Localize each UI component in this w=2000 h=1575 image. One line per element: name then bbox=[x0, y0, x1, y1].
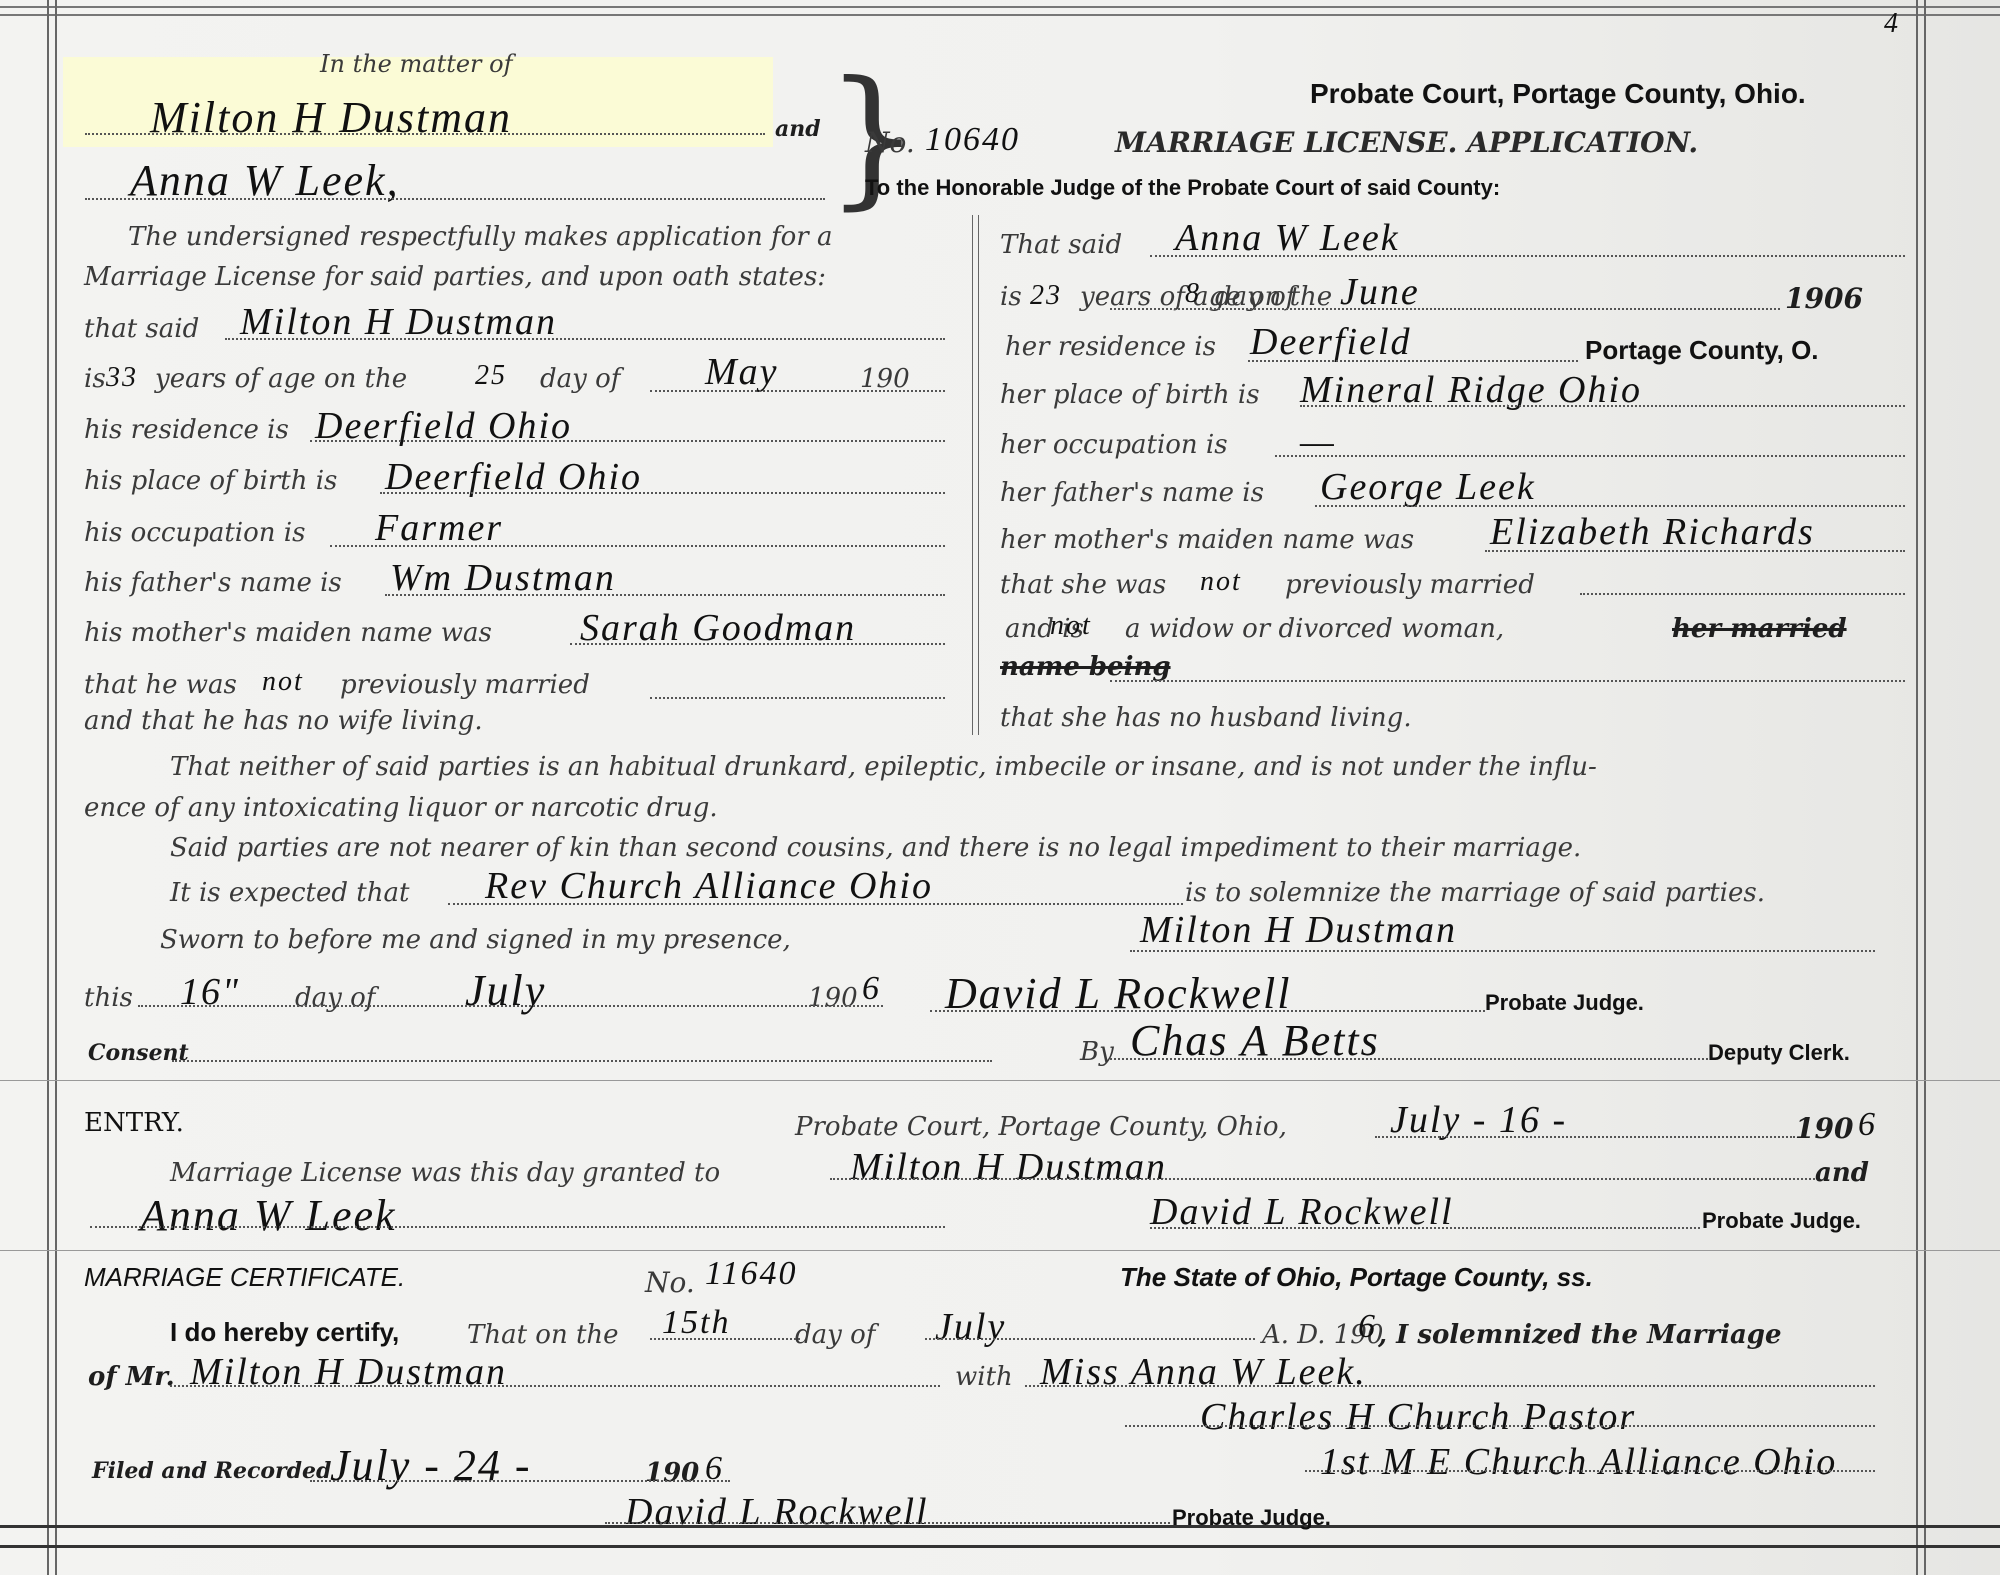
signature-line bbox=[1305, 1470, 1875, 1472]
consent-label: Consent bbox=[88, 1040, 189, 1066]
officiant-label: It is expected that bbox=[170, 878, 409, 908]
groom-prev-married-label-b: previously married bbox=[340, 670, 590, 700]
document-page: 4 In the matter of Milton H Dustman and … bbox=[0, 0, 2000, 1575]
bride-occupation: — bbox=[1300, 420, 1336, 464]
matter-label: In the matter of bbox=[320, 50, 513, 78]
certificate-day-of-label: day of bbox=[795, 1320, 875, 1350]
field-underline bbox=[330, 545, 945, 547]
bride-age: 23 bbox=[1030, 280, 1062, 312]
solemnized-label: , I solemnized the Marriage bbox=[1378, 1320, 1782, 1350]
bottom-border-line bbox=[0, 1525, 2000, 1528]
bride-prev-married-label-b: previously married bbox=[1285, 570, 1535, 600]
bride-widow-value: not bbox=[1050, 610, 1092, 642]
field-underline bbox=[650, 697, 945, 699]
certify-label: I do hereby certify, bbox=[170, 1317, 399, 1348]
field-underline bbox=[1150, 255, 1905, 257]
groom-residence-label: his residence is bbox=[84, 415, 289, 445]
field-underline bbox=[1580, 593, 1905, 595]
signature-line bbox=[605, 1522, 1170, 1524]
column-divider bbox=[972, 215, 973, 735]
officiant-signature: Charles H Church Pastor bbox=[1200, 1395, 1636, 1439]
groom-age-label: is bbox=[84, 364, 106, 394]
entry-judge-title: Probate Judge. bbox=[1702, 1208, 1861, 1234]
groom-prev-married-value: not bbox=[262, 666, 304, 698]
field-underline bbox=[448, 903, 1183, 905]
field-underline bbox=[85, 133, 765, 135]
groom-age-mid: years of age on the bbox=[155, 364, 407, 394]
field-underline bbox=[380, 492, 945, 494]
statement-line1: That neither of said parties is an habit… bbox=[170, 752, 1597, 782]
bride-occupation-label: her occupation is bbox=[1000, 430, 1228, 460]
granted-and-label: and bbox=[1815, 1158, 1869, 1188]
bride-birthplace-label: her place of birth is bbox=[1000, 380, 1260, 410]
certificate-year-suffix: 6 bbox=[1358, 1308, 1377, 1346]
entry-year-suffix: 6 bbox=[1858, 1106, 1877, 1144]
groom-day-of-label: day of bbox=[540, 364, 620, 394]
officiant-name: Rev Church Alliance Ohio bbox=[485, 864, 933, 908]
groom-birthplace-label: his place of birth is bbox=[84, 466, 337, 496]
officiant-suffix: is to solemnize the marriage of said par… bbox=[1185, 878, 1765, 908]
field-underline bbox=[1300, 405, 1905, 407]
form-title: MARRIAGE LICENSE. APPLICATION. bbox=[1115, 126, 1698, 159]
bride-no-husband-line: that she has no husband living. bbox=[1000, 703, 1412, 733]
oath-this-label: this bbox=[84, 983, 133, 1013]
field-underline bbox=[385, 594, 945, 596]
left-border-line bbox=[47, 0, 49, 1575]
field-underline bbox=[650, 1338, 800, 1340]
that-on-label: That on the bbox=[467, 1320, 619, 1350]
oath-day-of-label: day of bbox=[295, 983, 375, 1013]
bride-prev-married-value: not bbox=[1200, 566, 1242, 598]
entry-year-prefix: 190 bbox=[1795, 1112, 1853, 1145]
right-border-line bbox=[1916, 0, 1918, 1575]
granted-groom: Milton H Dustman bbox=[850, 1145, 1167, 1189]
bride-year: 1906 bbox=[1785, 282, 1863, 315]
field-underline bbox=[925, 1338, 1255, 1340]
filed-judge-signature: David L Rockwell bbox=[625, 1490, 929, 1534]
certificate-month: July bbox=[935, 1305, 1006, 1349]
court-title: Probate Court, Portage County, Ohio. bbox=[1310, 78, 1806, 110]
field-underline bbox=[90, 1226, 945, 1228]
field-underline bbox=[225, 338, 945, 340]
filed-date: July - 24 - bbox=[330, 1440, 532, 1491]
field-underline bbox=[650, 390, 945, 392]
corner-mark: 4 bbox=[1884, 8, 1900, 40]
field-underline bbox=[1275, 455, 1905, 457]
filed-label: Filed and Recorded bbox=[92, 1458, 331, 1484]
field-underline bbox=[1025, 1385, 1875, 1387]
intro-line1: The undersigned respectfully makes appli… bbox=[128, 222, 832, 252]
judge-title: Probate Judge. bbox=[1485, 990, 1644, 1016]
right-border-line bbox=[1924, 0, 1926, 1575]
groom-birth-month: May bbox=[705, 350, 779, 394]
left-border-line bbox=[55, 0, 57, 1575]
groom-mother-label: his mother's maiden name was bbox=[84, 618, 492, 648]
field-underline bbox=[1248, 360, 1578, 362]
by-label: By bbox=[1080, 1037, 1114, 1067]
certificate-groom: Milton H Dustman bbox=[190, 1350, 507, 1394]
bride-residence-suffix: Portage County, O. bbox=[1585, 335, 1819, 366]
bride-mother: Elizabeth Richards bbox=[1490, 510, 1815, 554]
field-underline bbox=[1110, 308, 1780, 310]
with-label: with bbox=[955, 1362, 1013, 1392]
column-divider bbox=[978, 215, 979, 735]
section-divider bbox=[0, 1080, 2000, 1081]
bride-name: Anna W Leek bbox=[1175, 216, 1400, 260]
field-underline bbox=[1375, 1136, 1795, 1138]
address-line: To the Honorable Judge of the Probate Co… bbox=[865, 175, 1500, 201]
field-underline bbox=[310, 1480, 730, 1482]
field-underline bbox=[1485, 550, 1905, 552]
signature-line bbox=[1150, 1227, 1700, 1229]
groom-occupation: Farmer bbox=[375, 506, 503, 550]
groom-prev-married-label-a: that he was bbox=[84, 670, 237, 700]
field-underline bbox=[138, 1005, 883, 1007]
field-underline bbox=[310, 440, 945, 442]
groom-occupation-label: his occupation is bbox=[84, 518, 305, 548]
certificate-number-label: No. bbox=[645, 1266, 695, 1299]
struck-text: name being bbox=[1000, 652, 1171, 682]
bride-birth-day: 8 bbox=[1185, 278, 1201, 310]
bride-mother-label: her mother's maiden name was bbox=[1000, 525, 1414, 555]
field-underline bbox=[830, 1178, 1815, 1180]
oath-day: 16" bbox=[180, 970, 240, 1014]
signature-line bbox=[930, 1010, 1485, 1012]
bride-widow-label-b: a widow or divorced woman, bbox=[1125, 614, 1504, 644]
field-underline bbox=[172, 1060, 992, 1062]
oath-year-prefix: 190 bbox=[808, 983, 858, 1013]
certificate-bride: Miss Anna W Leek. bbox=[1040, 1350, 1367, 1394]
granted-label: Marriage License was this day granted to bbox=[170, 1158, 720, 1188]
applicant-signature: Milton H Dustman bbox=[1140, 908, 1457, 952]
doc-number-label: No. bbox=[865, 126, 915, 159]
intro-line2: Marriage License for said parties, and u… bbox=[84, 262, 826, 292]
certificate-heading: MARRIAGE CERTIFICATE. bbox=[84, 1262, 405, 1293]
groom-no-wife-line: and that he has no wife living. bbox=[84, 706, 483, 736]
top-border-line bbox=[0, 6, 2000, 8]
oath-year-suffix: 6 bbox=[862, 970, 881, 1008]
entry-court-line: Probate Court, Portage County, Ohio, bbox=[795, 1112, 1287, 1142]
field-underline bbox=[85, 198, 825, 200]
section-divider bbox=[0, 1250, 2000, 1251]
oath-month: July bbox=[465, 965, 546, 1016]
signature-line bbox=[1130, 950, 1875, 952]
bride-residence: Deerfield bbox=[1250, 320, 1412, 364]
field-underline bbox=[1110, 680, 1905, 682]
statement-line2: ence of any intoxicating liquor or narco… bbox=[84, 793, 718, 823]
struck-text: her married bbox=[1672, 614, 1847, 644]
mr-label: of Mr. bbox=[88, 1362, 175, 1392]
certificate-day: 15th bbox=[662, 1304, 730, 1342]
field-underline bbox=[1315, 505, 1905, 507]
filed-year-suffix: 6 bbox=[705, 1450, 724, 1488]
bride-age-label: is bbox=[1000, 282, 1022, 312]
filed-judge-title: Probate Judge. bbox=[1172, 1505, 1331, 1531]
signature-line bbox=[1125, 1425, 1875, 1427]
officiant-church: 1st M E Church Alliance Ohio bbox=[1320, 1440, 1837, 1484]
granted-bride: Anna W Leek bbox=[140, 1190, 397, 1241]
matter-connector: and bbox=[775, 116, 821, 142]
bride-father: George Leek bbox=[1320, 465, 1536, 509]
top-border-line bbox=[0, 14, 2000, 16]
bride-father-label: her father's name is bbox=[1000, 478, 1264, 508]
matter-party1: Milton H Dustman bbox=[150, 92, 512, 143]
field-underline bbox=[570, 643, 945, 645]
sworn-line: Sworn to before me and signed in my pres… bbox=[160, 925, 791, 955]
clerk-title: Deputy Clerk. bbox=[1708, 1040, 1850, 1066]
entry-heading: ENTRY. bbox=[84, 1108, 184, 1138]
groom-age: 33 bbox=[106, 362, 138, 394]
bride-name-label: That said bbox=[1000, 230, 1122, 260]
groom-father-label: his father's name is bbox=[84, 568, 342, 598]
groom-birth-day: 25 bbox=[475, 360, 507, 392]
statement-line3: Said parties are not nearer of kin than … bbox=[170, 833, 1581, 863]
certificate-number: 11640 bbox=[705, 1255, 797, 1293]
signature-line bbox=[1110, 1058, 1708, 1060]
bottom-border-line bbox=[0, 1545, 2000, 1548]
bride-residence-label: her residence is bbox=[1005, 332, 1216, 362]
field-underline bbox=[170, 1385, 940, 1387]
bride-prev-married-label-a: that she was bbox=[1000, 570, 1166, 600]
state-line: The State of Ohio, Portage County, ss. bbox=[1120, 1262, 1593, 1293]
doc-number: 10640 bbox=[925, 121, 1020, 159]
groom-name-label: that said bbox=[84, 314, 199, 344]
filed-year-prefix: 190 bbox=[645, 1458, 699, 1488]
